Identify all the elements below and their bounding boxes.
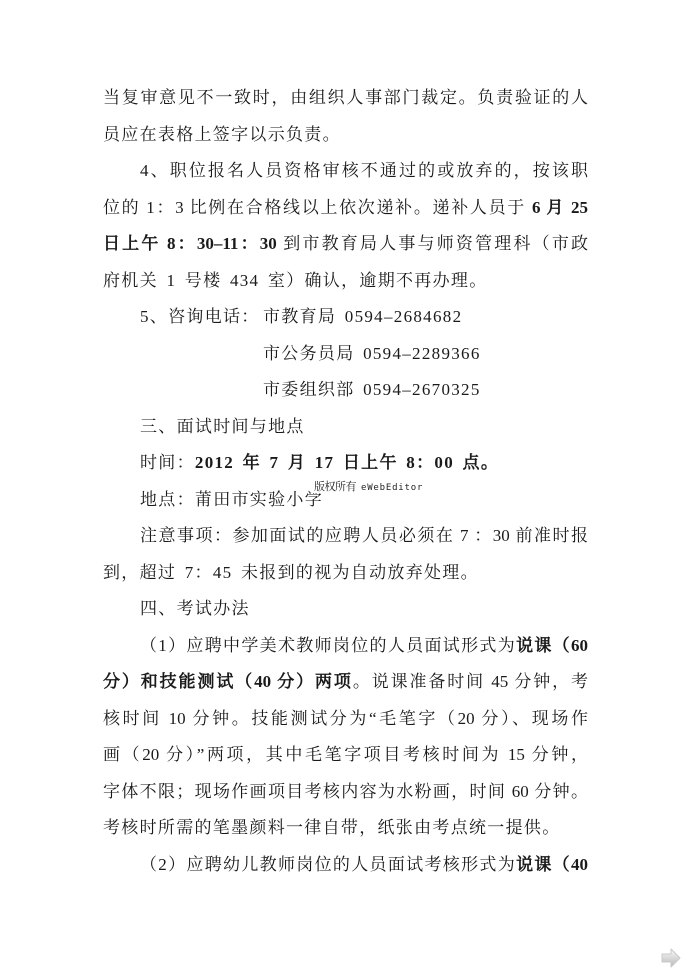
text-line: 日上午 8：30–11：30 到市教育局人事与师资管理科（市政 <box>103 226 588 263</box>
bold-date: 6 月 25 <box>532 198 588 217</box>
contact-row: 市委组织部 0594–2670325 <box>103 372 588 409</box>
line-text: 核时间 10 分钟。技能测试分为“毛笔字（20 分）、现场作 <box>103 709 588 728</box>
section-heading: 四、考试办法 <box>103 591 588 628</box>
text-line: 当复审意见不一致时，由组织人事部门裁定。负责验证的人 <box>103 80 588 117</box>
line-text: 府机关 1 号楼 434 室）确认，逾期不再办理。 <box>103 271 488 290</box>
line-text: 位的 1：3 比例在合格线以上依次递补。递补人员于 <box>103 198 532 217</box>
watermark-cn: 版权所有 <box>314 480 356 493</box>
text-line: 位的 1：3 比例在合格线以上依次递补。递补人员于 6 月 25 <box>103 190 588 227</box>
bold-text: 说课（40 <box>516 855 588 874</box>
contact-row: 市公务员局 0594–2289366 <box>103 336 588 373</box>
text-line: 员应在表格上签字以示负责。 <box>103 117 588 154</box>
time-label: 时间： <box>140 453 195 472</box>
line-text: （1）应聘中学美术教师岗位的人员面试形式为 <box>140 636 516 655</box>
bold-text: 分）和技能测试（40 分）两项 <box>103 672 353 691</box>
document-page: 当复审意见不一致时，由组织人事部门裁定。负责验证的人 员应在表格上签字以示负责。… <box>0 0 691 979</box>
contact-row: 5、咨询电话：市教育局 0594–2684682 <box>103 299 588 336</box>
text-line: （1）应聘中学美术教师岗位的人员面试形式为说课（60 <box>103 628 588 665</box>
notice-text: 到，超过 7：45 未报到的视为自动放弃处理。 <box>103 563 479 582</box>
contact-department: 市公务员局 <box>263 344 355 363</box>
line-text: 到市教育局人事与师资管理科（市政 <box>277 234 588 253</box>
place-value: 莆田市实验小学 <box>195 490 323 509</box>
place-label: 地点： <box>140 490 195 509</box>
editor-watermark: 版权所有eWebEditor <box>311 479 426 493</box>
contact-department: 市教育局 <box>263 307 336 326</box>
text-line: 画（20 分）”两项，其中毛笔字项目考核时间为 15 分钟， <box>103 737 588 774</box>
contact-department: 市委组织部 <box>263 380 355 399</box>
contact-label: 5、咨询电话： <box>140 299 263 336</box>
text-line: 注意事项：参加面试的应聘人员必须在 7 ：30 前准时报 <box>103 518 588 555</box>
text-line: 字体不限；现场作画项目考核内容为水粉画，时间 60 分钟。 <box>103 774 588 811</box>
text-line: （2）应聘幼儿教师岗位的人员面试考核形式为说课（40 <box>103 847 588 884</box>
line-text: （2）应聘幼儿教师岗位的人员面试考核形式为 <box>140 855 516 874</box>
interview-time-row: 时间：2012 年 7 月 17 日上午 8：00 点。 <box>103 445 588 482</box>
text-line: 分）和技能测试（40 分）两项。说课准备时间 45 分钟，考 <box>103 664 588 701</box>
bold-time: 日上午 8：30–11：30 <box>103 234 277 253</box>
line-text: 员应在表格上签字以示负责。 <box>103 125 341 144</box>
heading-text: 四、考试办法 <box>140 599 250 618</box>
heading-text: 三、面试时间与地点 <box>140 417 305 436</box>
text-line: 考核时所需的笔墨颜料一律自带，纸张由考点统一提供。 <box>103 810 588 847</box>
bold-text: 说课（60 <box>516 636 588 655</box>
time-value: 2012 年 7 月 17 日上午 8：00 点。 <box>195 453 499 472</box>
text-line: 4、职位报名人员资格审核不通过的或放弃的，按该职 <box>103 153 588 190</box>
line-text: 画（20 分）”两项，其中毛笔字项目考核时间为 15 分钟， <box>103 745 588 764</box>
section-heading: 三、面试时间与地点 <box>103 409 588 446</box>
text-line: 核时间 10 分钟。技能测试分为“毛笔字（20 分）、现场作 <box>103 701 588 738</box>
line-text: 当复审意见不一致时，由组织人事部门裁定。负责验证的人 <box>103 88 588 107</box>
watermark-en: eWebEditor <box>361 483 423 493</box>
notice-text: 注意事项：参加面试的应聘人员必须在 7 ：30 前准时报 <box>140 526 588 545</box>
line-text: 。说课准备时间 45 分钟，考 <box>353 672 588 691</box>
line-text: 字体不限；现场作画项目考核内容为水粉画，时间 60 分钟。 <box>103 782 588 801</box>
text-line: 府机关 1 号楼 434 室）确认，逾期不再办理。 <box>103 263 588 300</box>
next-page-button[interactable] <box>660 946 682 970</box>
contact-phone: 0594–2670325 <box>363 380 481 399</box>
line-text: 4、职位报名人员资格审核不通过的或放弃的，按该职 <box>140 161 588 180</box>
text-line: 到，超过 7：45 未报到的视为自动放弃处理。 <box>103 555 588 592</box>
line-text: 考核时所需的笔墨颜料一律自带，纸张由考点统一提供。 <box>103 818 561 837</box>
contact-phone: 0594–2289366 <box>363 344 481 363</box>
arrow-right-icon <box>660 946 682 970</box>
contact-phone: 0594–2684682 <box>345 307 463 326</box>
